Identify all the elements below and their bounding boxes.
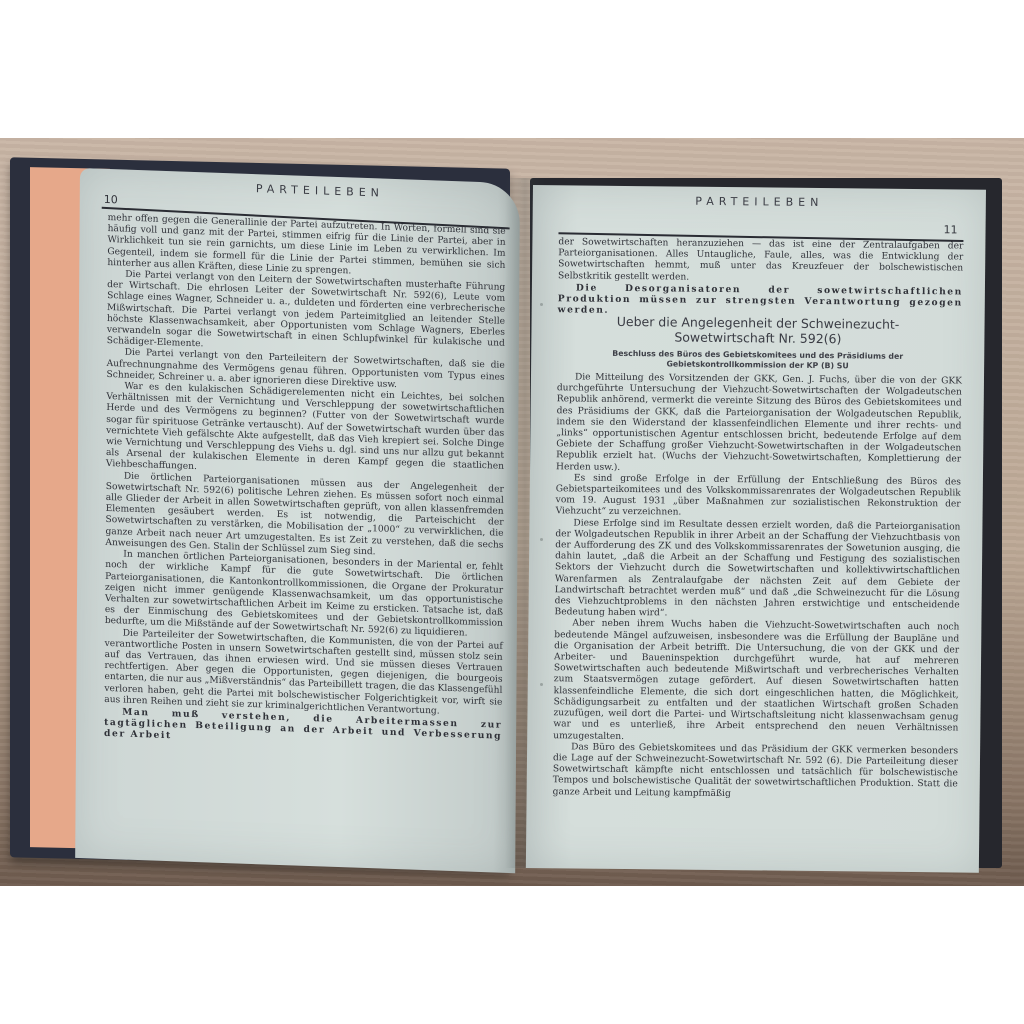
binding-stitch — [540, 303, 543, 306]
left-page-body: mehr offen gegen die Generallinie der Pa… — [104, 213, 506, 753]
paragraph: Die Mitteilung des Vorsitzenden der GKK,… — [556, 372, 962, 477]
section-subtitle: Beschluss des Büros des Gebietskomitees … — [571, 348, 944, 371]
paragraph: der Sowetwirtschaften heranzuziehen — da… — [558, 237, 963, 286]
paragraph: Die Partei verlangt von den Leitern der … — [107, 269, 506, 361]
binding-stitch — [540, 538, 543, 541]
binding-stitch — [540, 683, 543, 686]
left-page: PARTEILEBEN 10 mehr offen gegen die Gene… — [75, 168, 520, 873]
page-number: 10 — [104, 193, 118, 206]
paragraph: Die Parteileiter der Sowetwirtschaften, … — [104, 627, 503, 719]
right-page: PARTEILEBEN 11 der Sowetwirtschaften her… — [526, 185, 986, 873]
paragraph: Es sind große Erfolge in der Erfüllung d… — [556, 473, 961, 522]
paragraph: Aber neben ihrem Wuchs haben die Viehzuc… — [553, 619, 959, 746]
book-photograph: PARTEILEBEN 10 mehr offen gegen die Gene… — [0, 138, 1024, 886]
paragraph: War es den kulakischen Schädigerelemente… — [106, 381, 505, 485]
page-number: 11 — [943, 223, 957, 236]
paragraph: Die örtlichen Parteiorganisationen müsse… — [105, 471, 504, 563]
right-page-body: Die Mitteilung des Vorsitzenden der GKK,… — [553, 372, 962, 802]
paragraph: In manchen örtlichen Parteiorganisatione… — [105, 549, 504, 641]
right-page-top-body: der Sowetwirtschaften heranzuziehen — da… — [558, 237, 964, 320]
section-title: Ueber die Angelegenheit der Schweinezuch… — [571, 313, 944, 347]
running-head: PARTEILEBEN — [120, 177, 520, 204]
running-head: PARTEILEBEN — [533, 193, 986, 211]
paragraph: Diese Erfolge sind im Resultate dessen e… — [554, 518, 960, 623]
paragraph: Das Büro des Gebietskomitees und das Prä… — [553, 742, 959, 802]
